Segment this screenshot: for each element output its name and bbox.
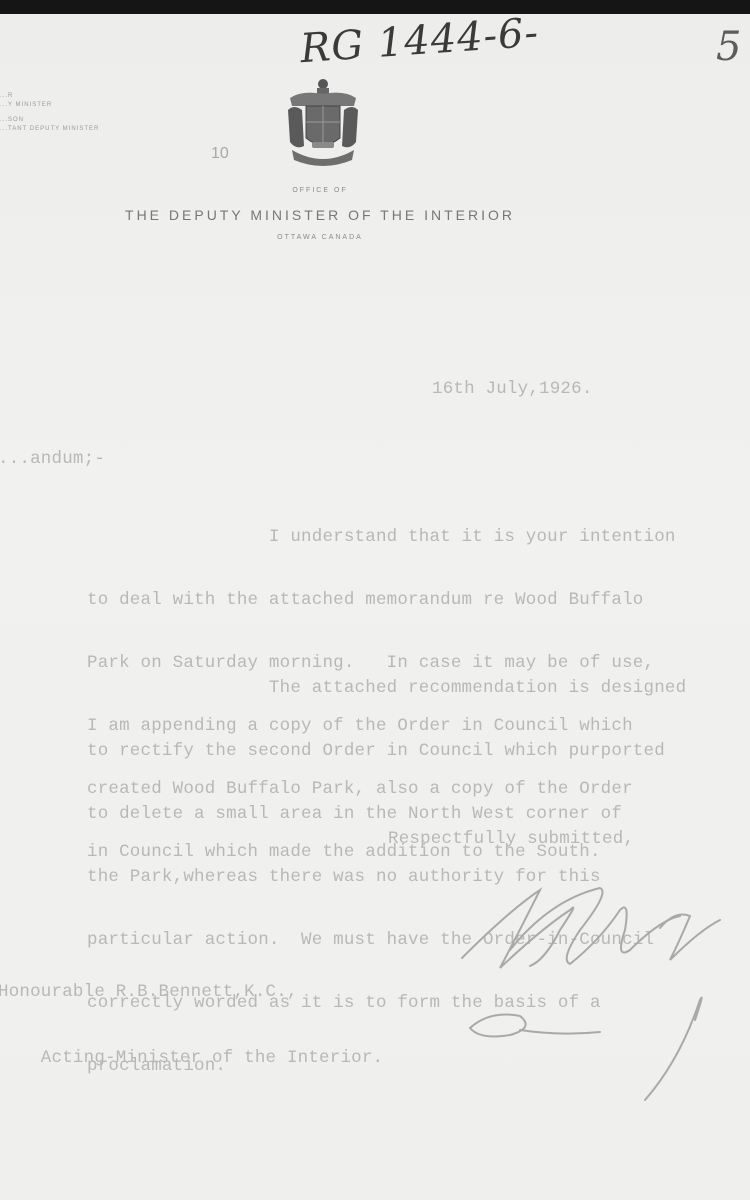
- text-line: to rectify the second Order in Council w…: [87, 741, 686, 762]
- text-line: to delete a small area in the North West…: [87, 804, 686, 825]
- closing: Respectfully submitted,: [388, 829, 634, 849]
- text-line: I understand that it is your intention: [87, 527, 676, 548]
- scan-border: [0, 0, 750, 14]
- addressee-line: Honourable R.B.Bennett,K.C.,: [0, 981, 383, 1003]
- margin-line: ...Y MINISTER: [0, 101, 99, 110]
- text-line: to deal with the attached memorandum re …: [87, 590, 676, 611]
- letter-date: 16th July,1926.: [432, 379, 593, 399]
- memorandum-heading: ...andum;-: [0, 449, 105, 469]
- handwritten-page-mark: 5: [716, 24, 741, 70]
- letterhead-margin-text: ...R ...Y MINISTER ...SON ...TANT DEPUTY…: [0, 92, 99, 134]
- coat-of-arms-icon: [282, 76, 364, 168]
- letterhead-office-of: OFFICE OF: [0, 187, 640, 194]
- text-line: The attached recommendation is designed: [87, 678, 686, 699]
- stamp-number: 10: [211, 145, 229, 163]
- handwritten-signature-icon: [450, 870, 740, 1110]
- margin-line: ...SON: [0, 116, 99, 125]
- margin-line: ...TANT DEPUTY MINISTER: [0, 125, 99, 134]
- margin-line: ...R: [0, 92, 99, 101]
- letterhead-location: OTTAWA CANADA: [0, 234, 640, 241]
- letterhead-title: THE DEPUTY MINISTER OF THE INTERIOR: [0, 207, 640, 223]
- addressee-line: Acting-Minister of the Interior.: [0, 1047, 383, 1069]
- addressee: Honourable R.B.Bennett,K.C., Acting-Mini…: [0, 937, 383, 1091]
